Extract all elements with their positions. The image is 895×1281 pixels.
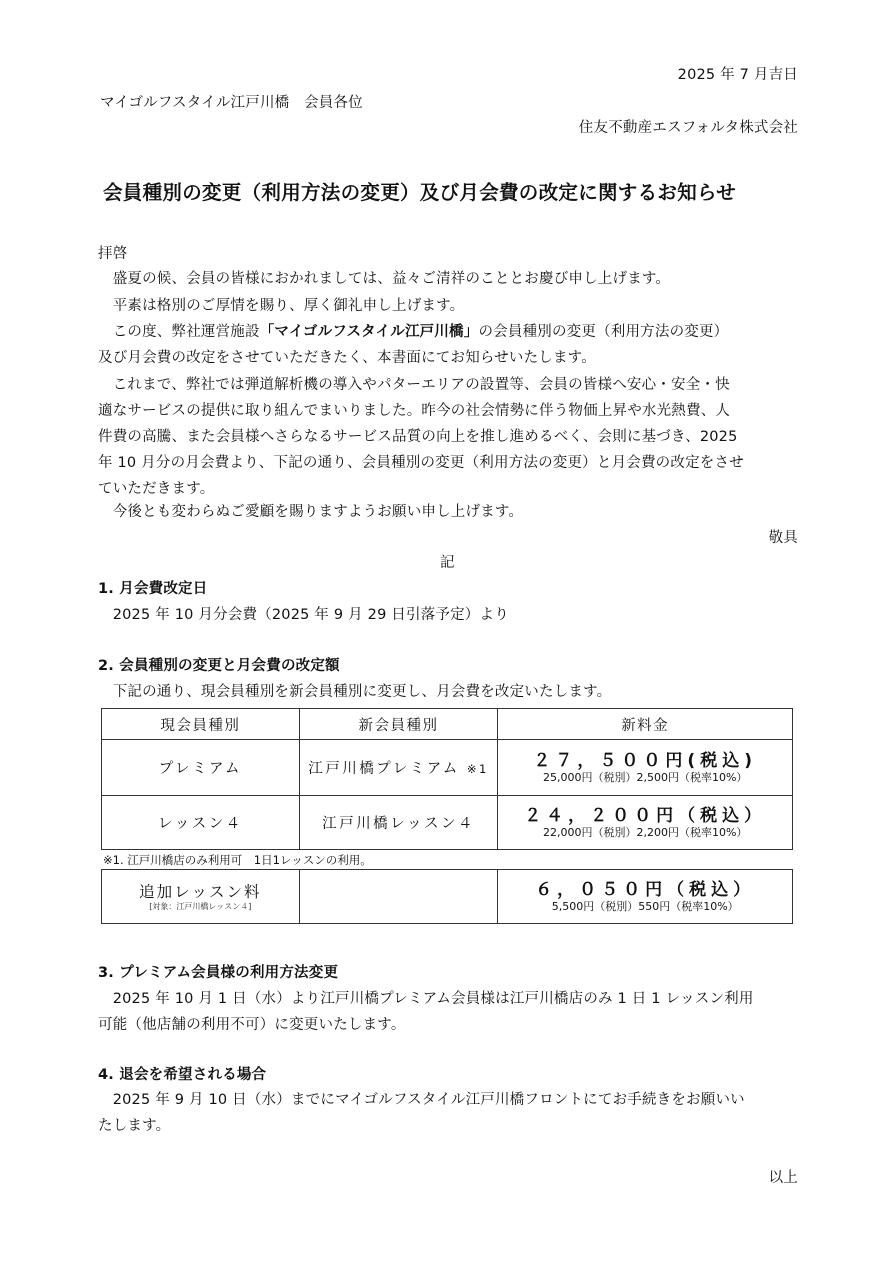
section-text-4: たします。 xyxy=(98,1114,170,1135)
header-new-type: 新会員種別 xyxy=(299,709,498,740)
body-line: ていただきます。 xyxy=(98,477,214,498)
document-title: 会員種別の変更（利用方法の変更）及び月会費の改定に関するお知らせ xyxy=(103,177,736,205)
current-type-cell: レッスン４ xyxy=(102,796,300,850)
body-line: 件費の高騰、また会員様へさらなるサービス品質の向上を推し進めるべく、会則に基づき… xyxy=(98,425,738,446)
price-tax-included: ２４，２００円（税込） xyxy=(498,806,792,826)
table-row: 追加レッスン料 [対象：江戸川橋レッスン４] ６，０５０円（税込） 5,500円… xyxy=(102,870,793,924)
section-heading-4: 4. 退会を希望される場合 xyxy=(98,1063,266,1084)
fee-table: 現会員種別 新会員種別 新料金 プレミアム 江戸川橋プレミアム ※1 ２７，５０… xyxy=(101,708,793,850)
body-line: この度、弊社運営施設「マイゴルフスタイル江戸川橋」の会員種別の変更（利用方法の変… xyxy=(98,320,728,341)
price-tax-included: ６，０５０円（税込） xyxy=(498,880,792,900)
new-type-label: 江戸川橋プレミアム xyxy=(308,761,459,777)
price-breakdown: 5,500円（税別）550円（税率10%） xyxy=(498,900,792,914)
facility-name: 「マイゴルフスタイル江戸川橋」 xyxy=(260,324,479,340)
issue-date: 2025 年 7 月吉日 xyxy=(678,63,798,84)
additional-lesson-table: 追加レッスン料 [対象：江戸川橋レッスン４] ６，０５０円（税込） 5,500円… xyxy=(101,869,793,924)
section-heading-1: 1. 月会費改定日 xyxy=(98,577,207,598)
greeting-open: 拝啓 xyxy=(98,242,127,263)
new-type-cell: 江戸川橋レッスン４ xyxy=(299,796,498,850)
body-line: これまで、弊社では弾道解析機の導入やパターエリアの設置等、会員の皆様へ安心・安全… xyxy=(98,373,730,394)
section-heading-3: 3. プレミアム会員様の利用方法変更 xyxy=(98,961,338,982)
new-type-cell: 江戸川橋プレミアム ※1 xyxy=(299,740,498,796)
current-type-cell: プレミアム xyxy=(102,740,300,796)
sender-company: 住友不動産エスフォルタ株式会社 xyxy=(579,116,798,137)
price-breakdown: 25,000円（税別）2,500円（税率10%） xyxy=(498,771,792,785)
body-line: 年 10 月分の月会費より、下記の通り、会員種別の変更（利用方法の変更）と月会費… xyxy=(98,451,744,472)
ki-marker: 記 xyxy=(440,551,455,572)
addressee: マイゴルフスタイル江戸川橋 会員各位 xyxy=(100,91,363,112)
closing-mark: 以上 xyxy=(769,1166,798,1187)
empty-cell xyxy=(299,870,498,924)
header-new-price: 新料金 xyxy=(498,709,793,740)
body-text: の会員種別の変更（利用方法の変更） xyxy=(478,324,728,340)
section-text-3: 可能（他店舗の利用不可）に変更いたします。 xyxy=(98,1013,406,1034)
body-line: 及び月会費の改定をさせていただきたく、本書面にてお知らせいたします。 xyxy=(98,346,596,367)
additional-lesson-label-cell: 追加レッスン料 [対象：江戸川橋レッスン４] xyxy=(102,870,300,924)
section-text-1: 2025 年 10 月分会費（2025 年 9 月 29 日引落予定）より xyxy=(98,603,509,624)
price-cell: ２７，５００円(税込) 25,000円（税別）2,500円（税率10%） xyxy=(498,740,793,796)
section-heading-2: 2. 会員種別の変更と月会費の改定額 xyxy=(98,654,340,675)
section-text-3: 2025 年 10 月 1 日（水）より江戸川橋プレミアム会員様は江戸川橋店のみ… xyxy=(98,987,754,1008)
body-line: 今後とも変わらぬご愛顧を賜りますようお願い申し上げます。 xyxy=(98,500,523,521)
price-cell: ６，０５０円（税込） 5,500円（税別）550円（税率10%） xyxy=(498,870,793,924)
price-breakdown: 22,000円（税別）2,200円（税率10%） xyxy=(498,826,792,840)
body-line: 平素は格別のご厚情を賜り、厚く御礼申し上げます。 xyxy=(98,294,464,315)
price-cell: ２４，２００円（税込） 22,000円（税別）2,200円（税率10%） xyxy=(498,796,793,850)
section-text-4: 2025 年 9 月 10 日（水）までにマイゴルフスタイル江戸川橋フロントにて… xyxy=(98,1088,745,1109)
body-text: この度、弊社運営施設 xyxy=(98,324,260,340)
fee-table-header-row: 現会員種別 新会員種別 新料金 xyxy=(102,709,793,740)
header-current-type: 現会員種別 xyxy=(102,709,300,740)
footnote-mark: ※1 xyxy=(467,762,489,776)
price-tax-included: ２７，５００円(税込) xyxy=(498,751,792,771)
table-row: プレミアム 江戸川橋プレミアム ※1 ２７，５００円(税込) 25,000円（税… xyxy=(102,740,793,796)
additional-lesson-target: [対象：江戸川橋レッスン４] xyxy=(102,902,299,912)
greeting-close: 敬具 xyxy=(769,526,798,547)
table-footnote: ※1. 江戸川橋店のみ利用可 1日1レッスンの利用。 xyxy=(103,852,372,868)
additional-lesson-label: 追加レッスン料 xyxy=(102,882,299,902)
section-text-2: 下記の通り、現会員種別を新会員種別に変更し、月会費を改定いたします。 xyxy=(98,680,611,701)
body-line: 盛夏の候、会員の皆様におかれましては、益々ご清祥のこととお慶び申し上げます。 xyxy=(98,267,670,288)
body-line: 適なサービスの提供に取り組んでまいりました。昨今の社会情勢に伴う物価上昇や水光熱… xyxy=(98,399,730,420)
table-row: レッスン４ 江戸川橋レッスン４ ２４，２００円（税込） 22,000円（税別）2… xyxy=(102,796,793,850)
